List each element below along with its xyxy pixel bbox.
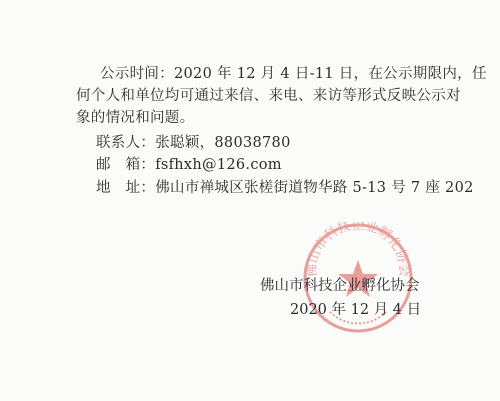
contact-address-value: 佛山市禅城区张槎街道物华路 5-13 号 7 座 202: [155, 180, 473, 196]
notice-line-1: 公示时间：2020 年 12 月 4 日-11 日，在公示期限内，任: [100, 64, 487, 84]
contact-address-row: 地 址：佛山市禅城区张槎街道物华路 5-13 号 7 座 202: [96, 178, 474, 198]
document-page: 公示时间：2020 年 12 月 4 日-11 日，在公示期限内，任 何个人和单…: [0, 0, 500, 401]
notice-line-3: 象的情况和问题。: [76, 108, 194, 128]
contact-person-row: 联系人：张聪颖，88038780: [96, 133, 291, 153]
signature-organization: 佛山市科技企业孵化协会: [260, 274, 420, 295]
contact-address-label: 地 址：: [96, 178, 155, 198]
stamp-text: 佛山市科技企业孵化协会: [304, 222, 412, 277]
notice-line-2: 何个人和单位均可通过来信、来电、来访等形式反映公示对: [76, 86, 461, 106]
signature-date: 2020 年 12 月 4 日: [290, 298, 421, 319]
contact-email-row: 邮 箱：fsfhxh@126.com: [96, 155, 282, 175]
contact-person-label: 联系人：: [96, 133, 155, 153]
contact-email-label: 邮 箱：: [96, 155, 155, 175]
contact-person-value: 张聪颖，88038780: [155, 135, 290, 151]
contact-email-value: fsfhxh@126.com: [155, 157, 282, 173]
